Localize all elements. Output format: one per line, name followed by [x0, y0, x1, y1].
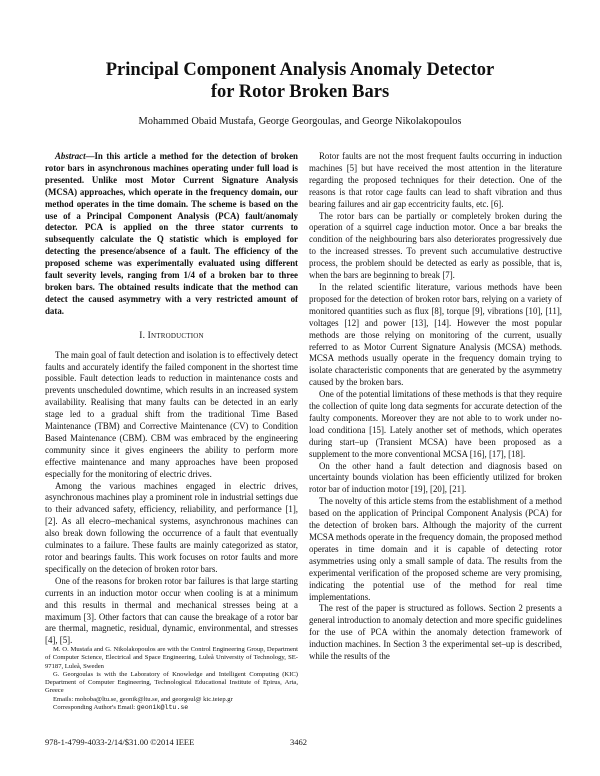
- paragraph: The rotor bars can be partially or compl…: [309, 211, 562, 282]
- footnote-corresponding: Corresponding Author's Email: geonik@ltu…: [45, 704, 298, 712]
- left-column: Abstract—In this article a method for th…: [45, 151, 298, 647]
- abstract-label: Abstract: [55, 151, 86, 161]
- paragraph: On the other hand a fault detection and …: [309, 461, 562, 497]
- paragraph: The main goal of fault detection and iso…: [45, 350, 298, 481]
- paragraph: The novelty of this article stems from t…: [309, 496, 562, 603]
- abstract-text: —In this article a method for the detect…: [45, 151, 298, 316]
- footnote-affiliation-2: G. Georgoulas is with the Laboratory of …: [45, 671, 298, 696]
- paragraph: Among the various machines engaged in el…: [45, 481, 298, 576]
- author-list: Mohammed Obaid Mustafa, George Georgoula…: [0, 115, 600, 128]
- title-line-2: for Rotor Broken Bars: [0, 81, 600, 103]
- footnote-affiliation-1: M. O. Mustafa and G. Nikolakopoulos are …: [45, 646, 298, 671]
- footnote-emails: Emails: mohoba@ltu.se, geonik@ltu.se, an…: [45, 696, 298, 704]
- section-title: Introduction: [148, 331, 204, 341]
- title-line-1: Principal Component Analysis Anomaly Det…: [0, 59, 600, 81]
- footer-copyright: 978-1-4799-4033-2/14/$31.00 ©2014 IEEE: [45, 737, 194, 747]
- paragraph: Rotor faults are not the most frequent f…: [309, 151, 562, 211]
- paragraph: One of the reasons for broken rotor bar …: [45, 576, 298, 647]
- right-column: Rotor faults are not the most frequent f…: [309, 151, 562, 663]
- affiliation-footnote: M. O. Mustafa and G. Nikolakopoulos are …: [45, 646, 298, 712]
- paper-title: Principal Component Analysis Anomaly Det…: [0, 59, 600, 103]
- abstract: Abstract—In this article a method for th…: [45, 151, 298, 318]
- section-heading-introduction: I. Introduction: [45, 331, 298, 343]
- section-number: I.: [139, 331, 145, 341]
- corresponding-label: Corresponding Author's Email:: [53, 704, 137, 711]
- paragraph: The rest of the paper is structured as f…: [309, 603, 562, 663]
- page-number: 3462: [290, 737, 307, 747]
- paragraph: In the related scientific literature, va…: [309, 282, 562, 389]
- corresponding-email: geonik@ltu.se: [137, 704, 188, 711]
- paragraph: One of the potential limitations of thes…: [309, 389, 562, 460]
